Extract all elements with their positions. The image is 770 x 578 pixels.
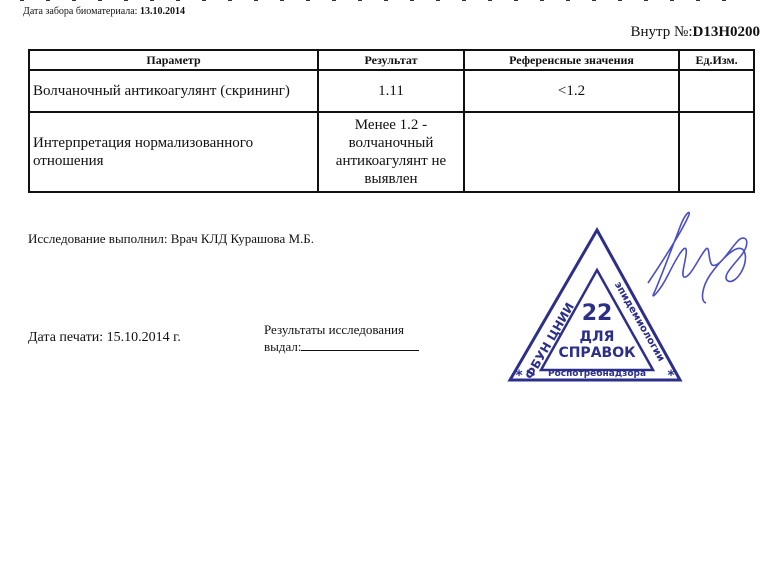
svg-text:*: * [667,368,675,384]
cell-result: Менее 1.2 - волчаночный антикоагулянт не… [318,112,464,192]
table-header-row: Параметр Результат Референсные значения … [29,50,754,70]
table-row: Интерпретация нормализованного отношения… [29,112,754,192]
cell-reference: <1.2 [464,70,679,112]
column-header-unit: Ед.Изм. [679,50,754,70]
print-date: Дата печати: 15.10.2014 г. [28,330,181,346]
column-header-result: Результат [318,50,464,70]
cell-parameter: Волчаночный антикоагулянт (скрининг) [29,70,318,112]
cell-parameter: Интерпретация нормализованного отношения [29,112,318,192]
issued-label-2: выдал: [264,339,301,354]
svg-text:*: * [515,368,523,384]
cell-reference [464,112,679,192]
cell-unit [679,70,754,112]
sample-date: Дата забора биоматериала: 13.10.2014 [23,6,185,17]
svg-text:22: 22 [582,301,613,326]
signature-icon [640,205,760,315]
sample-date-value: 13.10.2014 [140,6,185,17]
cropped-header-text [20,0,750,1]
svg-text:СПРАВОК: СПРАВОК [558,345,636,361]
cell-result: 1.11 [318,70,464,112]
column-header-parameter: Параметр [29,50,318,70]
issued-by: Результаты исследования выдал: [264,322,419,355]
performer-text: Исследование выполнил: Врач КЛД Курашова… [28,231,314,247]
internal-number-value: D13H0200 [693,24,761,40]
cell-unit [679,112,754,192]
column-header-reference: Референсные значения [464,50,679,70]
signature-line [301,338,419,351]
table-row: Волчаночный антикоагулянт (скрининг) 1.1… [29,70,754,112]
svg-text:Роспотребнадзора: Роспотребнадзора [548,368,646,379]
results-table: Параметр Результат Референсные значения … [28,49,755,193]
issued-label: Результаты исследования [264,322,419,338]
internal-number: Внутр №:D13H0200 [631,24,761,41]
sample-date-label: Дата забора биоматериала: [23,6,137,17]
internal-number-label: Внутр №: [631,24,693,40]
svg-text:ДЛЯ: ДЛЯ [580,329,615,345]
